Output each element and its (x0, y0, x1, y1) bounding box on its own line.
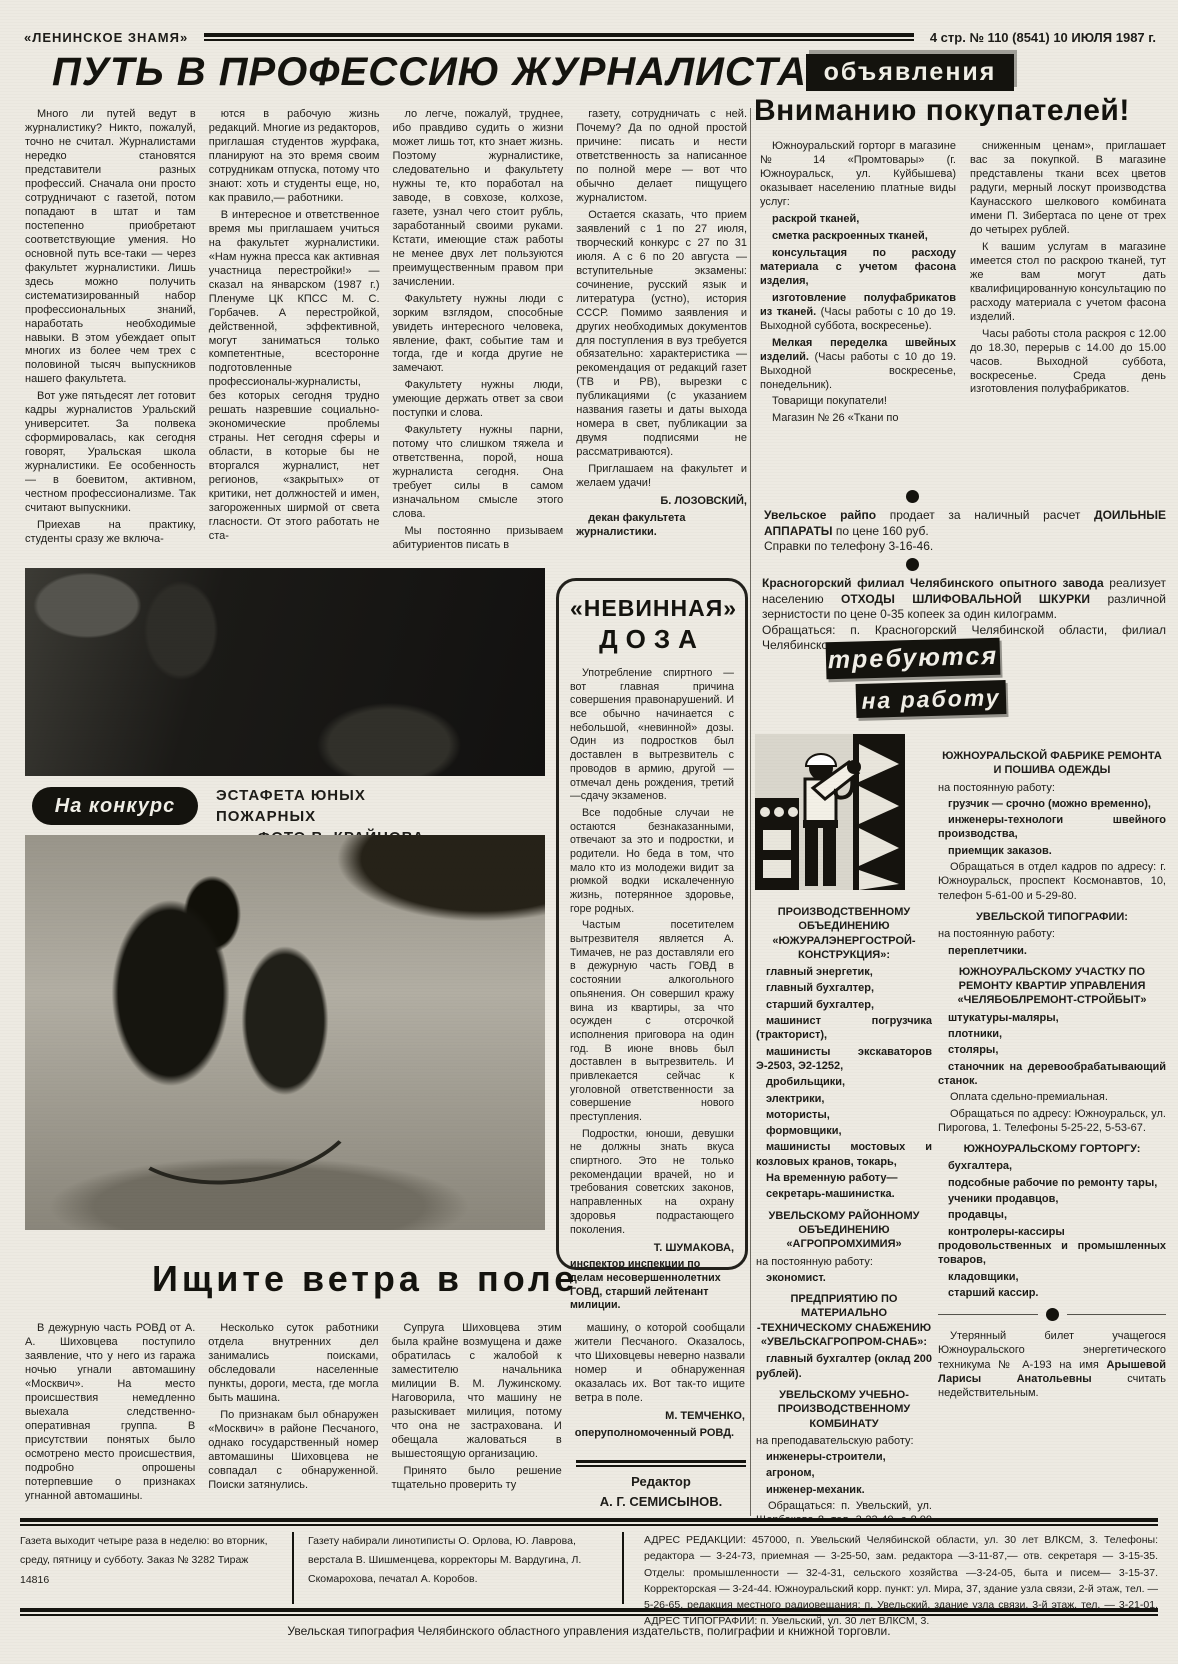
notice-lead: Увельское райпо (764, 508, 876, 522)
jobs-banner-line-1: требуются (826, 638, 1001, 680)
vacancy-item: секретарь-машинистка. (756, 1187, 932, 1201)
vacancy-item: главный бухгалтер (оклад 200 рублей). (756, 1352, 932, 1381)
vacancy-item: приемщик заказов. (938, 844, 1166, 858)
paragraph: Несколько суток работники отдела внутрен… (208, 1322, 378, 1406)
article-signature: Б. ЛОЗОВСКИЙ, (576, 495, 747, 509)
employer-heading: ЮЖНОУРАЛЬСКОМУ УЧАСТКУ ПО РЕМОНТУ КВАРТИ… (938, 965, 1166, 1008)
paragraph: Подростки, юноши, девушки не должны знат… (570, 1128, 734, 1238)
editor-block: Редактор А. Г. СЕМИСЫНОВ. (576, 1472, 746, 1511)
notice-text: Красногорский филиал Челябинского опытно… (762, 576, 1166, 623)
vacancy-item: подсобные рабочие по ремонту тары, (938, 1176, 1166, 1190)
vacancy-item: старший кассир. (938, 1286, 1166, 1300)
vacancy-item: инженеры-технологи швейного производства… (938, 813, 1166, 842)
doza-paragraphs: Употребление спиртного — вот главная при… (570, 667, 734, 1237)
vacancy-list: грузчик — срочно (можно временно),инжене… (938, 797, 1166, 858)
vacancy-item: кладовщики, (938, 1270, 1166, 1284)
main-headline: ПУТЬ В ПРОФЕССИЮ ЖУРНАЛИСТА (52, 50, 732, 95)
paragraph: Много ли путей ведут в журналистику? Ник… (25, 108, 196, 387)
editor-label: Редактор (576, 1472, 746, 1492)
main-article: Много ли путей ведут в журналистику? Ник… (25, 108, 747, 582)
masthead: «ЛЕНИНСКОЕ ЗНАМЯ» 4 стр. № 110 (8541) 10… (24, 30, 1156, 45)
doza-signature-role: инспектор инспекции по делам несовершенн… (570, 1258, 734, 1313)
footer-address: АДРЕС РЕДАКЦИИ: 457000, п. Увельский Чел… (634, 1532, 1158, 1604)
paragraph: Вот уже пятьдесят лет готовит кадры журн… (25, 390, 196, 516)
vacancy-note: на постоянную работу: (756, 1255, 932, 1269)
vacancy-note: на преподавательскую работу: (756, 1434, 932, 1448)
employer-heading: ПРОИЗВОДСТВЕННОМУ ОБЪЕДИНЕНИЮ «ЮЖУРАЛЭНЕ… (756, 905, 932, 962)
vacancy-item: машинисты экскаваторов Э-2503, Э2-1252, (756, 1045, 932, 1074)
paragraph: Остается сказать, что прием заявлений с … (576, 209, 747, 460)
notice-price: по цене 160 руб. (836, 524, 929, 538)
paragraph: Частым посетителем вытрезвителя является… (570, 919, 734, 1124)
vacancy-item: станочник на деревообрабатывающий станок… (938, 1060, 1166, 1089)
vetra-column-1: В дежурную часть РОВД от А. А. Шиховцева… (25, 1322, 195, 1518)
column-divider-rule (750, 108, 751, 1516)
vacancy-item: экономист. (756, 1271, 932, 1285)
notice-phone: Справки по телефону 3-16-46. (764, 539, 1166, 555)
paragraph: Все подобные случаи не остаются безнаказ… (570, 807, 734, 917)
newspaper-page: «ЛЕНИНСКОЕ ЗНАМЯ» 4 стр. № 110 (8541) 10… (0, 0, 1178, 1664)
notice-product: ОТХОДЫ ШЛИФОВАЛЬНОЙ ШКУРКИ (841, 592, 1090, 606)
vetra-signature: М. ТЕМЧЕНКО, (575, 1410, 745, 1424)
paragraph: Факультету нужны люди с зорким взглядом,… (393, 293, 564, 377)
jobs-column-left: ПРОИЗВОДСТВЕННОМУ ОБЪЕДИНЕНИЮ «ЮЖУРАЛЭНЕ… (756, 898, 932, 1518)
masthead-rule (204, 33, 914, 42)
vacancy-item: плотники, (938, 1027, 1166, 1041)
vetra-signature-role: оперуполномоченный РОВД. (575, 1427, 745, 1441)
paragraph: Приглашаем на факультет и желаем удачи! (576, 463, 747, 491)
article-column-4-paragraphs: газету, сотрудничать с ней. Почему? Да п… (576, 108, 747, 491)
paragraph: Супруга Шиховцева этим была крайне возму… (392, 1322, 562, 1462)
employer-heading: ПРЕДПРИЯТИЮ ПО МАТЕРИАЛЬНО -ТЕХНИЧЕСКОМУ… (756, 1292, 932, 1349)
service-item: раскрой тканей, (760, 213, 956, 227)
footer-divider (292, 1532, 294, 1604)
vacancy-note: на постоянную работу: (938, 781, 1166, 795)
service-item: изготовление полуфабрикатов из тканей. (… (760, 292, 956, 334)
contact-info: Обращаться по адресу: Южноуральск, ул. П… (938, 1107, 1166, 1136)
service-item: сметка раскроенных тканей, (760, 230, 956, 244)
ads-headline: Вниманию покупателей! (754, 94, 1174, 128)
paragraph: По признакам был обнаружен «Москвич» в р… (208, 1409, 378, 1493)
consumers-notice: Южноуральский горторг в магазине № 14 «П… (760, 140, 1166, 488)
milking-machines-notice: Увельское райпо продает за наличный расч… (764, 508, 1166, 555)
separator-dot-line (938, 1308, 1166, 1321)
paragraph: Факультету нужны люди, умеющие держать о… (393, 379, 564, 421)
worker-crane-drawing (755, 734, 905, 890)
vacancy-item: инженеры-строители, (756, 1450, 932, 1464)
vacancy-item: столяры, (938, 1043, 1166, 1057)
vacancy-item: главный энергетик, (756, 965, 932, 979)
paragraph: Товарищи покупатели! (760, 395, 956, 409)
vacancy-item: электрики, (756, 1092, 932, 1106)
separator-line (1067, 1314, 1167, 1315)
paper-name: «ЛЕНИНСКОЕ ЗНАМЯ» (24, 30, 188, 45)
consumers-notice-column-1: Южноуральский горторг в магазине № 14 «П… (760, 140, 956, 488)
vacancy-item: формовщики, (756, 1124, 932, 1138)
news-photo-top (25, 568, 545, 776)
employer-heading: УВЕЛЬСКОЙ ТИПОГРАФИИ: (938, 910, 1166, 924)
news-photo-bottom (25, 835, 545, 1230)
separator-bullet (1046, 1308, 1059, 1321)
vetra-headline: Ищите ветра в поле (152, 1258, 578, 1300)
service-item: консультация по расходу материала с учет… (760, 247, 956, 289)
separator-bullet (906, 490, 919, 503)
paragraph: ло легче, пожалуй, труднее, ибо правдиво… (393, 108, 564, 290)
employer-heading: ЮЖНОУРАЛЬСКОЙ ФАБРИКЕ РЕМОНТА И ПОШИВА О… (938, 749, 1166, 778)
vacancy-item: контролеры-кассиры продовольственных и п… (938, 1225, 1166, 1268)
worker-illustration (755, 734, 905, 890)
vetra-column-2: Несколько суток работники отдела внутрен… (208, 1322, 378, 1518)
paragraph: Употребление спиртного — вот главная при… (570, 667, 734, 804)
paragraph: К вашим услугам в магазине имеется стол … (970, 241, 1166, 325)
article-column-4: газету, сотрудничать с ней. Почему? Да п… (576, 108, 747, 582)
vacancy-list: инженеры-строители,агроном,инженер-механ… (756, 1450, 932, 1497)
vacancy-item: дробильщики, (756, 1075, 932, 1089)
paragraph: Магазин № 26 «Ткани по (760, 412, 956, 426)
paragraph: В интересное и ответственное время мы пр… (209, 209, 380, 544)
contest-badge: На конкурс (32, 787, 198, 825)
separator-line (938, 1314, 1038, 1315)
footer-bottom-rule (20, 1608, 1158, 1617)
vacancy-item: переплетчики. (938, 944, 1166, 958)
issue-info: 4 стр. № 110 (8541) 10 ИЮЛЯ 1987 г. (930, 30, 1156, 45)
vacancy-item: машинисты мостовых и козловых кранов, то… (756, 1140, 932, 1169)
contact-info: Обращаться в отдел кадров по адресу: г. … (938, 860, 1166, 903)
footer-schedule: Газета выходит четыре раза в неделю: во … (20, 1532, 282, 1604)
consumers-notice-column-2: сниженным ценам», приглашает вас за поку… (970, 140, 1166, 488)
imprint-line: Увельская типография Челябинского област… (0, 1624, 1178, 1638)
paragraph: Часы работы стола раскроя с 12.00 до 18.… (970, 328, 1166, 398)
paragraph: В дежурную часть РОВД от А. А. Шиховцева… (25, 1322, 195, 1504)
paragraph: газету, сотрудничать с ней. Почему? Да п… (576, 108, 747, 206)
pay-note: Оплата сдельно-премиальная. (938, 1090, 1166, 1104)
employer-heading: УВЕЛЬСКОМУ УЧЕБНО-ПРОИЗВОДСТВЕННОМУ КОМБ… (756, 1388, 932, 1431)
vacancy-item: старший бухгалтер, (756, 998, 932, 1012)
paragraph: ются в рабочую жизнь редакций. Многие из… (209, 108, 380, 206)
vacancy-list: бухгалтера,подсобные рабочие по ремонту … (938, 1159, 1166, 1300)
jobs-column-right: ЮЖНОУРАЛЬСКОЙ ФАБРИКЕ РЕМОНТА И ПОШИВА О… (938, 742, 1166, 1518)
vacancy-item: агроном, (756, 1466, 932, 1480)
article-column-2: ются в рабочую жизнь редакций. Многие из… (209, 108, 380, 582)
paragraph: Принято было решение тщательно проверить… (392, 1465, 562, 1493)
article-column-3: ло легче, пожалуй, труднее, ибо правдиво… (393, 108, 564, 582)
vacancy-item: штукатуры-маляры, (938, 1011, 1166, 1025)
doza-article-box: «НЕВИННАЯ» ДОЗА Употребление спиртного —… (556, 578, 748, 1270)
vacancy-item: бухгалтера, (938, 1159, 1166, 1173)
notice-text: Увельское райпо продает за наличный расч… (764, 508, 1166, 539)
vacancy-list: штукатуры-маляры,плотники,столяры,станоч… (938, 1011, 1166, 1088)
employer-heading: ЮЖНОУРАЛЬСКОМУ ГОРТОРГУ: (938, 1142, 1166, 1156)
paragraph: машину, о которой сообщали жители Песчан… (575, 1322, 745, 1406)
vacancy-item: машинист погрузчика (тракторист), (756, 1014, 932, 1043)
editor-name: А. Г. СЕМИСЫНОВ. (576, 1492, 746, 1512)
vacancy-item: главный бухгалтер, (756, 981, 932, 995)
doza-signature: Т. ШУМАКОВА, (570, 1241, 734, 1255)
article-signature-role: декан факультета журналистики. (576, 512, 747, 540)
footer: Газета выходит четыре раза в неделю: во … (20, 1532, 1158, 1604)
vacancy-note: на постоянную работу: (938, 927, 1166, 941)
service-item: Мелкая переделка швейных изделий. (Часы … (760, 337, 956, 393)
vacancy-item: ученики продавцов, (938, 1192, 1166, 1206)
footer-divider (622, 1532, 624, 1604)
article-column-1: Много ли путей ведут в журналистику? Ник… (25, 108, 196, 582)
footer-top-rule (20, 1518, 1158, 1527)
vacancy-item: грузчик — срочно (можно временно), (938, 797, 1166, 811)
separator-bullet (906, 558, 919, 571)
footer-staff: Газету набирали линотиписты О. Орлова, Ю… (304, 1532, 612, 1604)
employer-heading: УВЕЛЬСКОМУ РАЙОННОМУ ОБЪЕДИНЕНИЮ «АГРОПР… (756, 1209, 932, 1252)
paragraph: сниженным ценам», приглашает вас за поку… (970, 140, 1166, 238)
notice-text-part: продает за наличный расчет (890, 508, 1081, 522)
vacancy-item: продавцы, (938, 1208, 1166, 1222)
paragraph: Южноуральский горторг в магазине № 14 «П… (760, 140, 956, 210)
editor-rule (576, 1460, 746, 1468)
vetra-column-3: Супруга Шиховцева этим была крайне возму… (392, 1322, 562, 1518)
vacancy-item: мотористы, (756, 1108, 932, 1122)
doza-title-line-1: «НЕВИННАЯ» (570, 595, 734, 622)
fire-hose-shape (107, 1028, 372, 1199)
paragraph: Факультету нужны парни, потому что слишк… (393, 424, 564, 522)
contact-info: Обращаться: п. Увельский, ул. Щербакова … (756, 1499, 932, 1518)
vacancy-list: главный энергетик,главный бухгалтер,стар… (756, 965, 932, 1201)
photo-caption-title: ЭСТАФЕТА ЮНЫХ ПОЖАРНЫХ (216, 785, 466, 827)
doza-title-line-2: ДОЗА (570, 624, 734, 655)
paragraph: Приехав на практику, студенты сразу же в… (25, 519, 196, 547)
notice-lead: Красногорский филиал Челябинского опытно… (762, 576, 1104, 590)
jobs-banner-line-2: на работу (856, 680, 1007, 718)
vacancy-item: На временную работу— (756, 1171, 932, 1185)
vetra-column-4-paragraphs: машину, о которой сообщали жители Песчан… (575, 1322, 745, 1406)
lost-document-notice: Утерянный билет учащегося Южноуральского… (938, 1329, 1166, 1400)
vacancy-item: инженер-механик. (756, 1483, 932, 1497)
paragraph: Мы постоянно призываем абитуриентов писа… (393, 525, 564, 553)
ads-section-banner: объявления (806, 54, 1014, 91)
